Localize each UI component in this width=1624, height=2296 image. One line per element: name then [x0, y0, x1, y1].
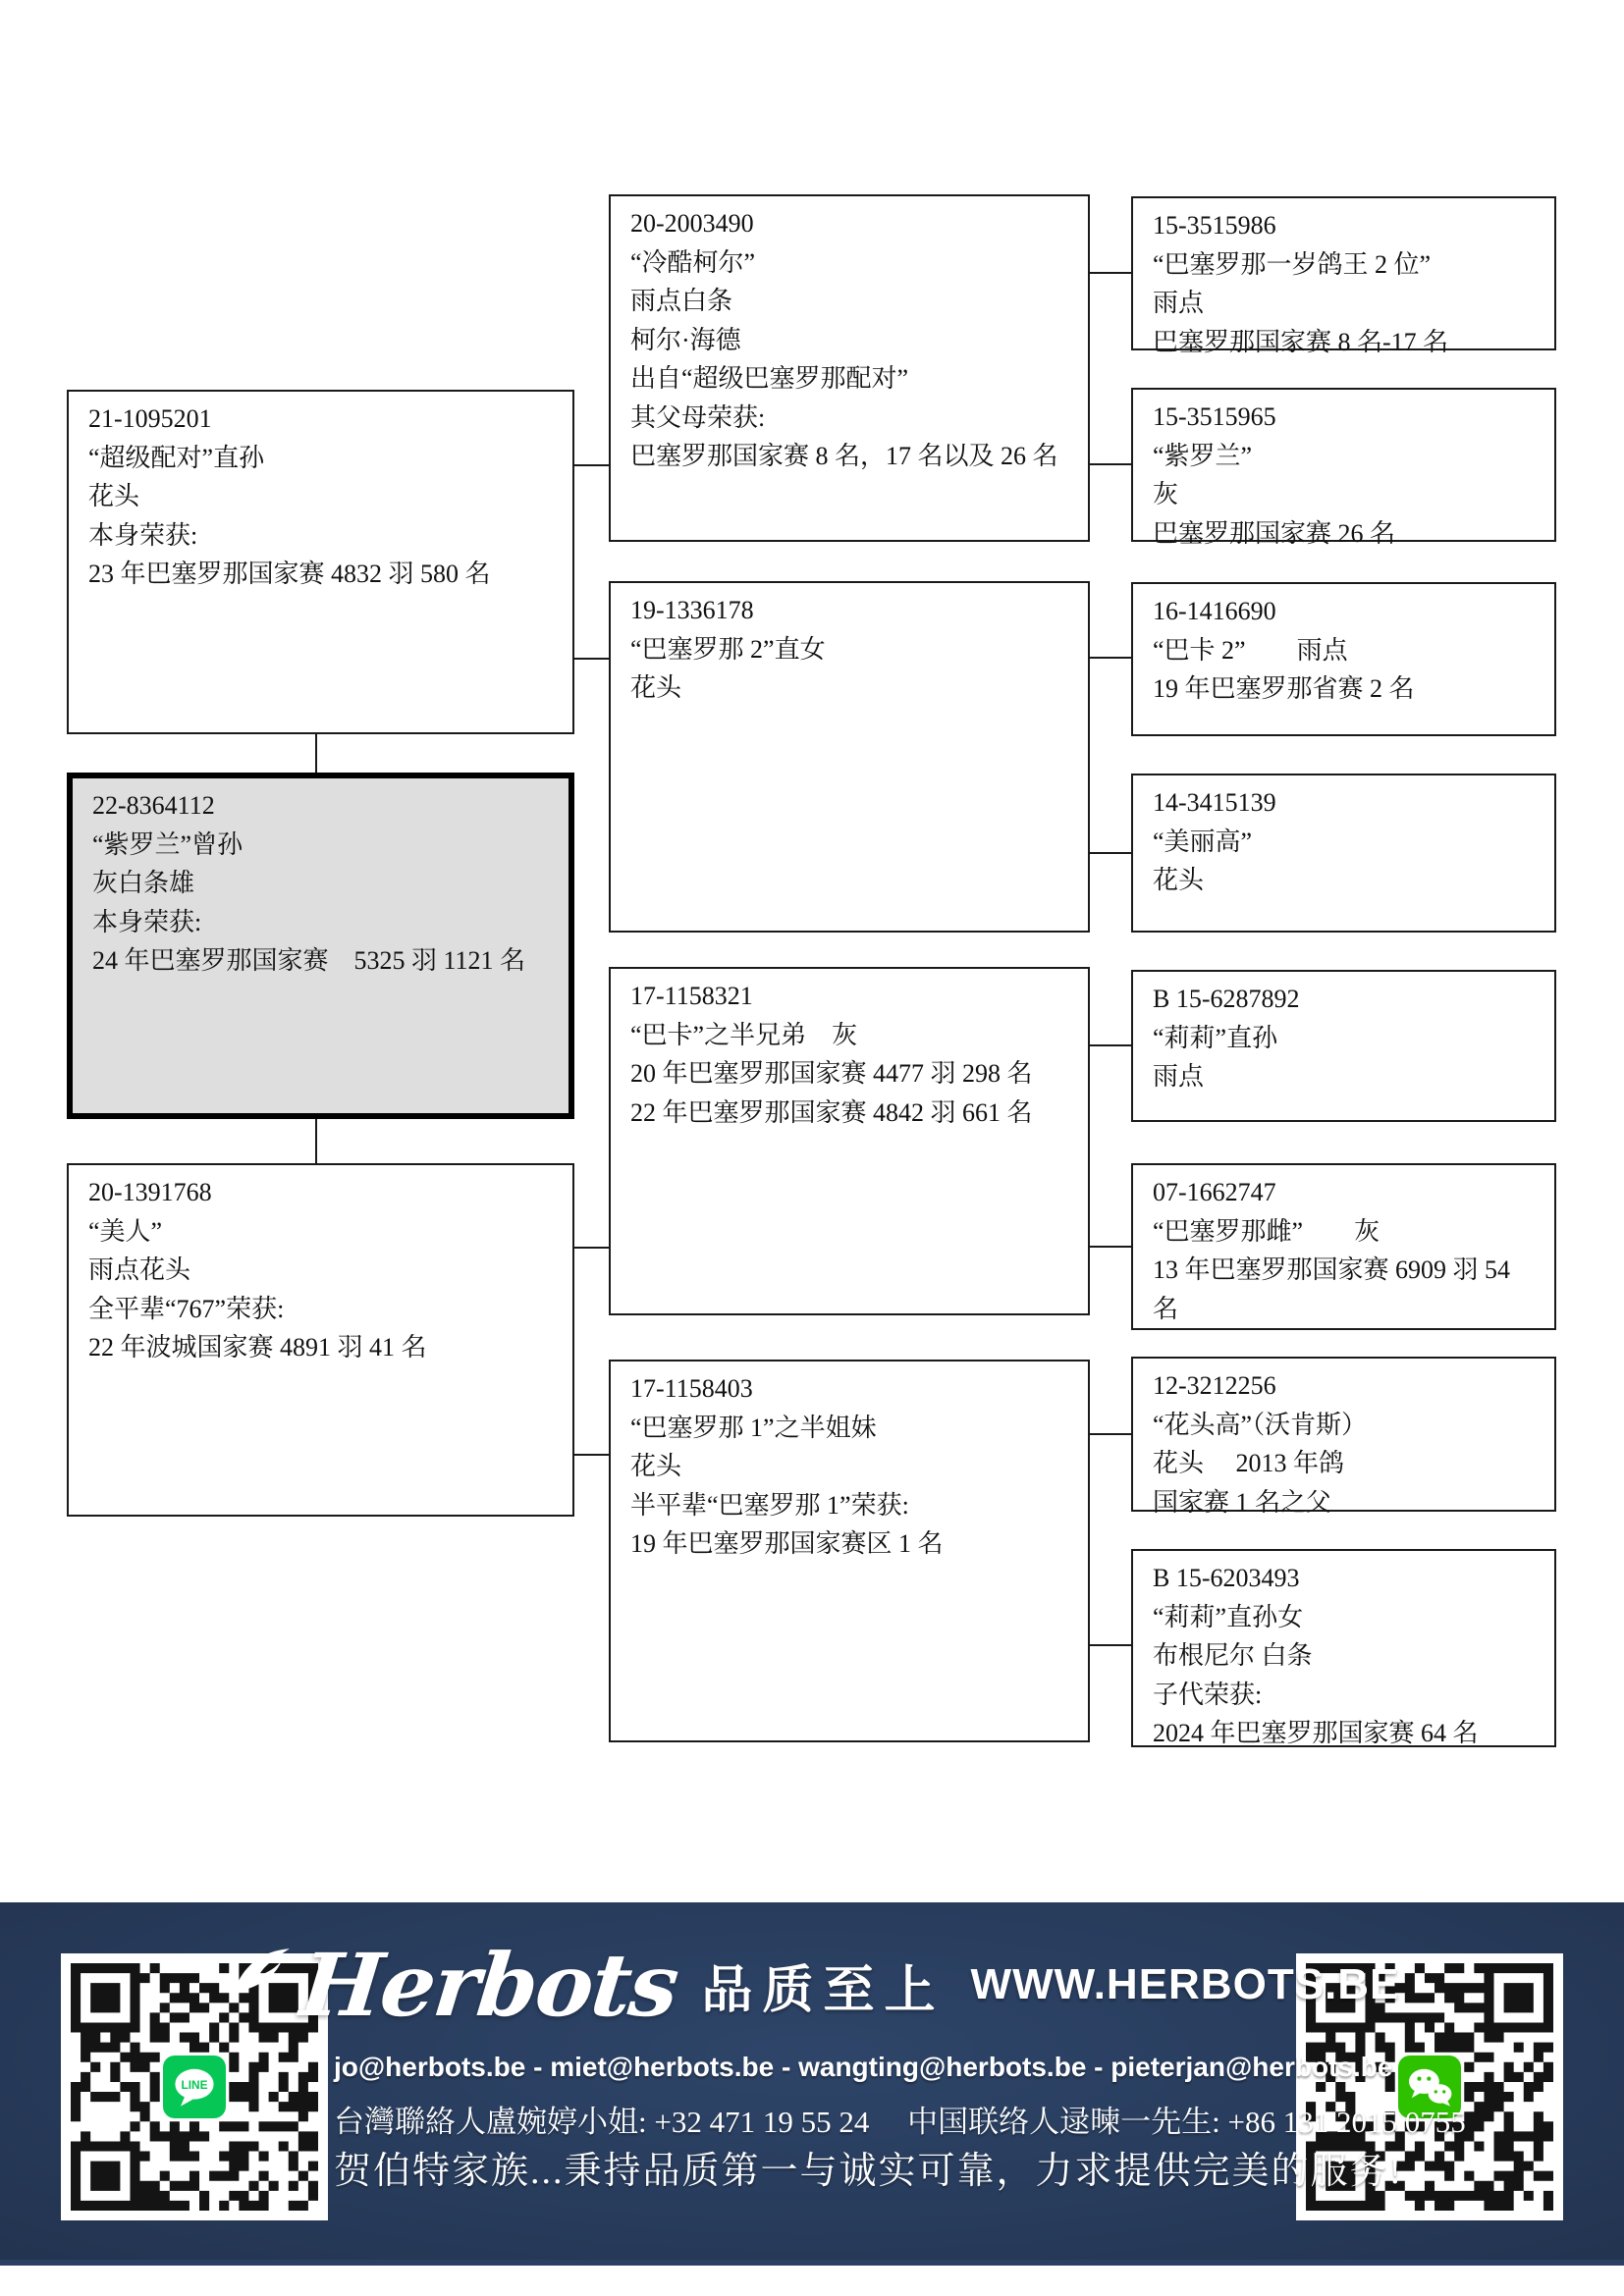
connector-line [1090, 272, 1131, 274]
connector-line [574, 464, 609, 466]
connector-line [1090, 1644, 1131, 1646]
connector-line [315, 1119, 317, 1163]
pedigree-page: 21-1095201 “超级配对”直孙 花头 本身荣获: 23 年巴塞罗那国家赛… [0, 0, 1624, 2296]
pedigree-box-ggp2: 15-3515965 “紫罗兰” 灰 巴塞罗那国家赛 26 名 [1131, 388, 1556, 542]
pedigree-box-ggp3: 16-1416690 “巴卡 2” 雨点 19 年巴塞罗那省赛 2 名 [1131, 582, 1556, 736]
line-app-icon: LINE [163, 2056, 226, 2118]
pedigree-box-ggp7: 12-3212256 “花头高”（沃肯斯） 花头 2013 年鸽 国家赛 1 名… [1131, 1357, 1556, 1512]
pedigree-box-subject: 22-8364112 “紫罗兰”曾孙 灰白条雄 本身荣获: 24 年巴塞罗那国家… [67, 773, 574, 1119]
pedigree-box-sire: 21-1095201 “超级配对”直孙 花头 本身荣获: 23 年巴塞罗那国家赛… [67, 390, 574, 734]
pedigree-box-ggp6: 07-1662747 “巴塞罗那雌” 灰 13 年巴塞罗那国家赛 6909 羽 … [1131, 1163, 1556, 1330]
pedigree-box-ggp4: 14-3415139 “美丽高” 花头 [1131, 774, 1556, 933]
connector-line [1090, 1246, 1131, 1248]
connector-line [1090, 1433, 1131, 1435]
connector-line [1090, 463, 1131, 465]
footer-center: Herbots 品质至上 WWW.HERBOTS.BE jo@herbots.b… [334, 1902, 1296, 2260]
line-icon-label: LINE [181, 2078, 207, 2092]
connector-line [1090, 852, 1131, 854]
pedigree-box-sire-dam: 19-1336178 “巴塞罗那 2”直女 花头 [609, 581, 1090, 933]
footer-tagline: 贺伯特家族...秉持品质第一与诚实可靠，力求提供完美的服务! [334, 2140, 1296, 2194]
brand-row: Herbots 品质至上 WWW.HERBOTS.BE [334, 1936, 1296, 2034]
connector-line [1090, 1044, 1131, 1046]
brand-logo-text: Herbots [296, 1934, 681, 2036]
connector-line [574, 1247, 609, 1249]
pedigree-box-ggp5: B 15-6287892 “莉莉”直孙 雨点 [1131, 970, 1556, 1122]
connector-line [574, 1454, 609, 1456]
connector-line [574, 658, 609, 660]
pedigree-box-ggp8: B 15-6203493 “莉莉”直孙女 布根尼尔 白条 子代荣获: 2024 … [1131, 1549, 1556, 1747]
connector-line [1090, 657, 1131, 659]
pedigree-box-dam-dam: 17-1158403 “巴塞罗那 1”之半姐妹 花头 半平辈“巴塞罗那 1”荣获… [609, 1360, 1090, 1742]
footer-band: LINE [0, 1902, 1624, 2266]
connector-line [315, 734, 317, 773]
pedigree-box-dam-sire: 17-1158321 “巴卡”之半兄弟 灰 20 年巴塞罗那国家赛 4477 羽… [609, 967, 1090, 1315]
pedigree-box-sire-sire: 20-2003490 “冷酷柯尔” 雨点白条 柯尔·海德 出自“超级巴塞罗那配对… [609, 194, 1090, 542]
footer-emails: jo@herbots.be - miet@herbots.be - wangti… [334, 2052, 1296, 2083]
pedigree-box-ggp1: 15-3515986 “巴塞罗那一岁鸽王 2 位” 雨点 巴塞罗那国家赛 8 名… [1131, 196, 1556, 350]
pedigree-box-dam: 20-1391768 “美人” 雨点花头 全平辈“767”荣获: 22 年波城国… [67, 1163, 574, 1517]
footer-contacts: 台灣聯絡人盧婉婷小姐: +32 471 19 55 24 中国联络人逯暕一先生:… [334, 2097, 1296, 2141]
brand-slogan-cn: 品质至上 [702, 1949, 946, 2022]
brand-website: WWW.HERBOTS.BE [971, 1960, 1400, 2009]
feather-icon [231, 1948, 292, 1997]
